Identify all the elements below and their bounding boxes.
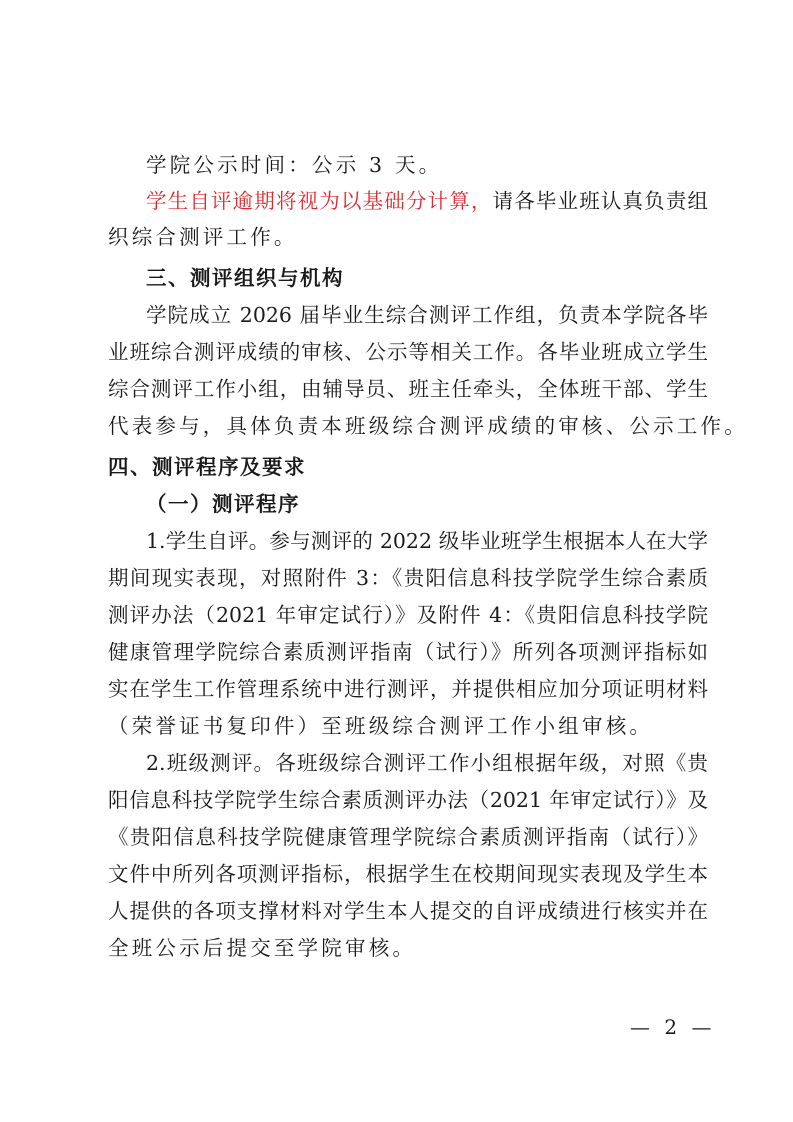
- class-eval-line: 全班公示后提交至学院审核。: [108, 933, 708, 963]
- class-eval-line: 《贵阳信息科技学院健康管理学院综合素质测评指南（试行）》: [108, 822, 708, 852]
- self-eval-line: 健康管理学院综合素质测评指南（试行）》所列各项测评指标如: [108, 637, 708, 667]
- org-paragraph-line: 业班综合测评成绩的审核、公示等相关工作。各毕业班成立学生: [108, 337, 708, 367]
- subsection-heading-1: （一）测评程序: [146, 489, 708, 519]
- organize-instruction-text: 请各毕业班认真负责组: [493, 189, 708, 213]
- page-number: — 2 —: [630, 1015, 715, 1039]
- self-eval-line: 实在学生工作管理系统中进行测评，并提供相应加分项证明材料: [108, 674, 708, 704]
- org-paragraph-line: 代表参与，具体负责本班级综合测评成绩的审核、公示工作。: [108, 411, 708, 441]
- self-eval-line: 1.学生自评。参与测评的 2022 级毕业班学生根据本人在大学: [146, 526, 708, 556]
- publicity-period-line: 学院公示时间：公示 3 天。: [146, 150, 708, 180]
- section-heading-4: 四、测评程序及要求: [108, 452, 708, 482]
- overdue-warning-text: 学生自评逾期将视为以基础分计算，: [146, 189, 493, 213]
- self-eval-line: 期间现实表现，对照附件 3：《贵阳信息科技学院学生综合素质: [108, 563, 708, 593]
- class-eval-line: 文件中所列各项测评指标，根据学生在校期间现实表现及学生本: [108, 859, 708, 889]
- document-page: 学院公示时间：公示 3 天。 学生自评逾期将视为以基础分计算，请各毕业班认真负责…: [0, 0, 793, 1122]
- class-eval-line: 人提供的各项支撑材料对学生本人提交的自评成绩进行核实并在: [108, 896, 708, 926]
- class-eval-line: 阳信息科技学院学生综合素质测评办法（2021 年审定试行）》及: [108, 785, 708, 815]
- class-eval-line: 2.班级测评。各班级综合测评工作小组根据年级，对照《贵: [146, 748, 708, 778]
- self-eval-line: （荣誉证书复印件）至班级综合测评工作小组审核。: [108, 711, 708, 741]
- section-heading-3: 三、测评组织与机构: [146, 263, 708, 293]
- org-paragraph-line: 综合测评工作小组，由辅导员、班主任牵头，全体班干部、学生: [108, 374, 708, 404]
- overdue-notice-line-cont: 织综合测评工作。: [108, 222, 708, 252]
- self-eval-line: 测评办法（2021 年审定试行）》及附件 4：《贵阳信息科技学院: [108, 600, 708, 630]
- overdue-notice-line: 学生自评逾期将视为以基础分计算，请各毕业班认真负责组: [146, 186, 708, 216]
- org-paragraph-line: 学院成立 2026 届毕业生综合测评工作组，负责本学院各毕: [146, 300, 708, 330]
